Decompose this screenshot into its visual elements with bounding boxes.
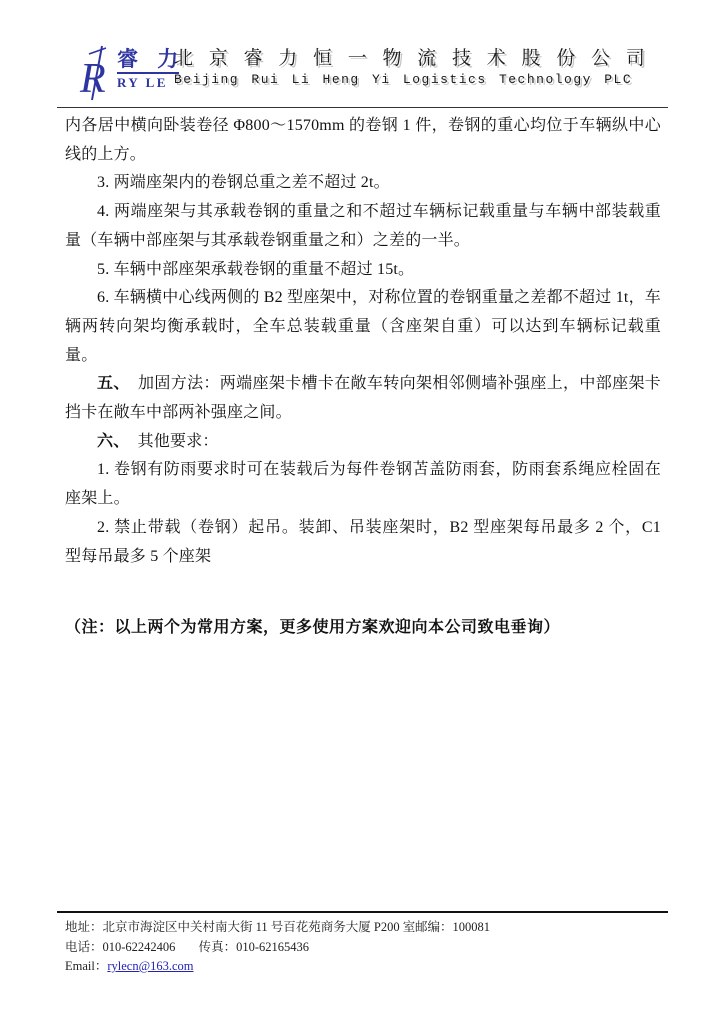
phone-label: 电话： [65,940,103,954]
document-page: R 睿 力 RY LE 北 京 睿 力 恒 一 物 流 技 术 股 份 公 司 … [0,0,725,1024]
fax-value: 010-62165436 [236,940,309,954]
page-footer: 地址：北京市海淀区中关村南大街 11 号百花苑商务大厦 P200 室 邮编：10… [57,911,668,977]
footer-phone-line: 电话：010-62242406 传真：010-62165436 [57,938,668,958]
body-paragraph: 5. 车辆中部座架承载卷钢的重量不超过 15t。 [65,256,661,285]
address-value: 北京市海淀区中关村南大街 11 号百花苑商务大厦 P200 室 [103,920,416,934]
paragraph-lead: 六、 [97,433,121,450]
body-paragraph: 六、 其他要求： [65,428,661,457]
logo-divider [117,72,179,74]
fax-label: 传真： [199,940,237,954]
postcode-group: 邮编：100081 [415,918,490,938]
letterhead: R 睿 力 RY LE 北 京 睿 力 恒 一 物 流 技 术 股 份 公 司 … [78,44,665,102]
fax-group: 传真：010-62165436 [199,940,309,954]
company-name-block: 北 京 睿 力 恒 一 物 流 技 术 股 份 公 司 Beijing Rui … [174,44,650,88]
footer-address-line: 地址：北京市海淀区中关村南大街 11 号百花苑商务大厦 P200 室 邮编：10… [57,918,668,938]
document-body: 内各居中横向卧装卷径 Φ800～1570mm 的卷钢 1 件，卷钢的重心均位于车… [65,112,661,641]
header-divider [57,107,668,108]
body-paragraph: 3. 两端座架内的卷钢总重之差不超过 2t。 [65,169,661,198]
body-paragraph: 1. 卷钢有防雨要求时可在装载后为每件卷钢苫盖防雨套，防雨套系绳应栓固在座架上。 [65,456,661,513]
email-label: Email： [65,959,107,973]
email-link[interactable]: rylecn@163.com [107,959,193,973]
phone-value: 010-62242406 [103,940,176,954]
company-name-cn: 北 京 睿 力 恒 一 物 流 技 术 股 份 公 司 [174,46,650,71]
note-line: （注：以上两个为常用方案，更多使用方案欢迎向本公司致电垂询） [65,615,661,641]
postcode-label: 邮编： [415,920,453,934]
address-label: 地址： [65,920,103,934]
footer-email-line: Email：rylecn@163.com [57,957,668,977]
body-paragraph: 2. 禁止带载（卷钢）起吊。装卸、吊装座架时，B2 型座架每吊最多 2 个，C1… [65,514,661,571]
company-name-en: Beijing Rui Li Heng Yi Logistics Technol… [174,71,650,88]
footer-divider [57,911,668,913]
svg-text:R: R [79,56,106,102]
company-logo: R 睿 力 RY LE [78,44,178,102]
body-paragraph: 内各居中横向卧装卷径 Φ800～1570mm 的卷钢 1 件，卷钢的重心均位于车… [65,112,661,169]
paragraph-lead: 五、 [97,375,122,392]
body-paragraph: 6. 车辆横中心线两侧的 B2 型座架中，对称位置的卷钢重量之差都不超过 1t，… [65,284,661,370]
body-paragraph: 五、 加固方法：两端座架卡槽卡在敞车转向架相邻侧墙补强座上，中部座架卡挡卡在敞车… [65,370,661,427]
body-paragraph: 4. 两端座架与其承载卷钢的重量之和不超过车辆标记载重量与车辆中部装载重量（车辆… [65,198,661,255]
paragraph-list: 内各居中横向卧装卷径 Φ800～1570mm 的卷钢 1 件，卷钢的重心均位于车… [65,112,661,571]
postcode-value: 100081 [453,920,491,934]
logo-r-mark-icon: R [78,44,116,102]
